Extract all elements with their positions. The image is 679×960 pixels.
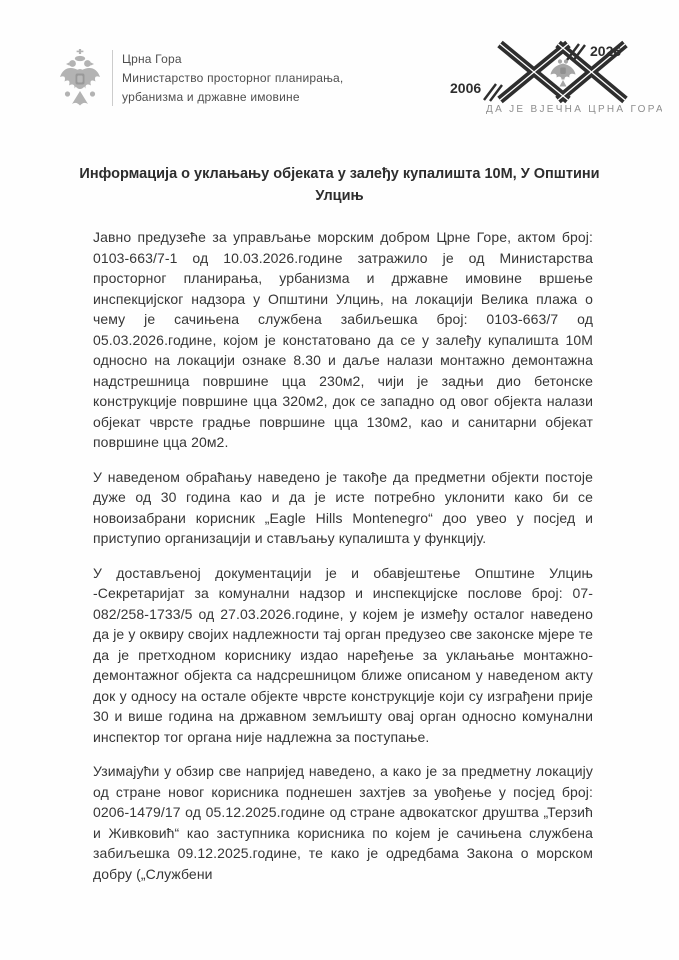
paragraph-1: Јавно предузеће за управљање морским доб… xyxy=(93,227,593,453)
ministry-name-line1: Министарство просторног планирања, xyxy=(122,69,343,88)
header-divider xyxy=(112,50,113,106)
anniversary-tagline: ДА ЈЕ ВЈЕЧНА ЦРНА ГОРА xyxy=(486,104,662,115)
montenegro-coat-of-arms-icon xyxy=(58,48,102,112)
paragraph-2: У наведеном обраћању наведено је такође … xyxy=(93,467,593,549)
document-header: Црна Гора Министарство просторног планир… xyxy=(0,0,679,118)
xx-anniversary-icon: 2006 2026 ДА ЈЕ ВЈЕЧНА ЦРНА ГОРА xyxy=(450,40,662,118)
ministry-identity: Црна Гора Министарство просторног планир… xyxy=(58,46,343,112)
country-name: Црна Гора xyxy=(122,50,343,69)
paragraph-3: У достављеној документацији је и обавјеш… xyxy=(93,563,593,748)
anniversary-year-start: 2006 xyxy=(450,80,481,96)
anniversary-year-end: 2026 xyxy=(590,43,621,59)
document-page: Црна Гора Министарство просторног планир… xyxy=(0,0,679,960)
document-body: Јавно предузеће за управљање морским доб… xyxy=(0,227,679,884)
document-title: Информација о уклањању објеката у залеђу… xyxy=(75,163,605,207)
anniversary-logo: 2006 2026 ДА ЈЕ ВЈЕЧНА ЦРНА ГОРА xyxy=(450,40,662,123)
ministry-name-line2: урбанизма и државне имовине xyxy=(122,88,343,107)
paragraph-4: Узимајући у обзир све напријед наведено,… xyxy=(93,761,593,884)
ministry-name-block: Црна Гора Министарство просторног планир… xyxy=(122,46,343,112)
